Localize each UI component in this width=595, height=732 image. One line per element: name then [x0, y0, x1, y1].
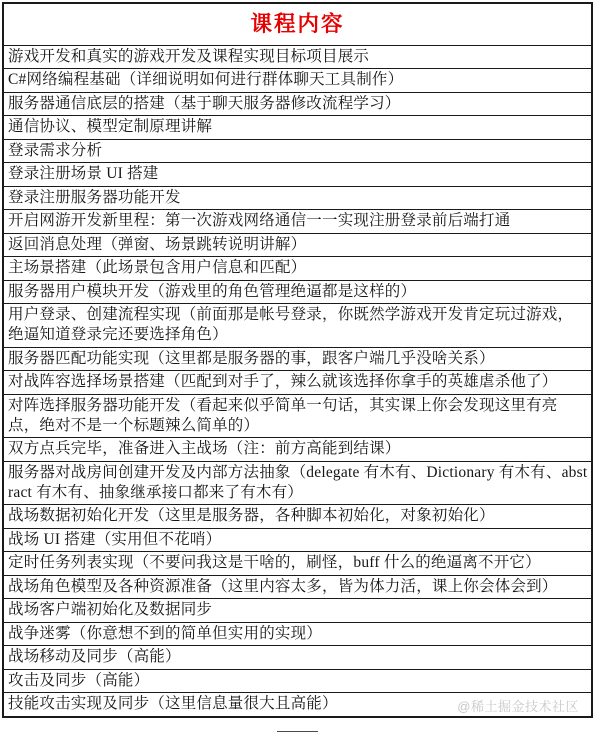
- table-row: 登录注册场景 UI 搭建: [3, 163, 592, 187]
- course-item-text: 攻击及同步（高能）: [3, 669, 592, 693]
- table-row: 通信协议、模型定制原理讲解: [3, 116, 592, 140]
- course-item-text: 定时任务列表实现（不要问我这是干啥的，刷怪，buff 什么的绝逼离不开它）: [3, 552, 592, 576]
- table-row: 开启网游开发新里程：第一次游戏网络通信一一实现注册登录前后端打通: [3, 210, 592, 234]
- course-item-text: 登录注册服务器功能开发: [3, 186, 592, 210]
- course-item-text: 服务器对战房间创建开发及内部方法抽象（delegate 有木有、Dictiona…: [3, 461, 592, 505]
- course-item-text: 战场数据初始化开发（这里是服务器，各种脚本初始化，对象初始化）: [3, 505, 592, 529]
- table-row: 对阵选择服务器功能开发（看起来似乎简单一句话，其实课上你会发现这里有亮点，绝对不…: [3, 394, 592, 438]
- table-row: 双方点兵完毕，准备进入主战场（注：前方高能到结课）: [3, 438, 592, 462]
- table-row: 战场 UI 搭建（实用但不花哨）: [3, 528, 592, 552]
- course-rows: 游戏开发和真实的游戏开发及课程实现目标项目展示 C#网络编程基础（详细说明如何进…: [3, 45, 592, 717]
- course-item-text: 用户登录、创建流程实现（前面那是帐号登录，你既然学游戏开发肯定玩过游戏，绝逼知道…: [3, 304, 592, 348]
- table-row: 战场客户端初始化及数据同步: [3, 599, 592, 623]
- table-row: 服务器通信底层的搭建（基于聊天服务器修改流程学习）: [3, 92, 592, 116]
- course-item-text: 对战阵容选择场景搭建（匹配到对手了，辣么就该选择你拿手的英雄虐杀他了）: [3, 371, 592, 395]
- page: 课程内容 游戏开发和真实的游戏开发及课程实现目标项目展示 C#网络编程基础（详细…: [0, 2, 595, 732]
- course-item-text: 登录注册场景 UI 搭建: [3, 163, 592, 187]
- course-item-text: 开启网游开发新里程：第一次游戏网络通信一一实现注册登录前后端打通: [3, 210, 592, 234]
- course-item-text: 服务器通信底层的搭建（基于聊天服务器修改流程学习）: [3, 92, 592, 116]
- course-item-text: 技能攻击实现及同步（这里信息量很大且高能）: [3, 693, 592, 717]
- table-row: 服务器匹配功能实现（这里都是服务器的事，跟客户端几乎没啥关系）: [3, 347, 592, 371]
- course-item-text: 战场客户端初始化及数据同步: [3, 599, 592, 623]
- table-row: 技能攻击实现及同步（这里信息量很大且高能）: [3, 693, 592, 717]
- course-item-text: 登录需求分析: [3, 139, 592, 163]
- table-row: 返回消息处理（弹窗、场景跳转说明讲解）: [3, 233, 592, 257]
- course-content-table: 课程内容 游戏开发和真实的游戏开发及课程实现目标项目展示 C#网络编程基础（详细…: [2, 2, 593, 718]
- table-row: 战争迷雾（你意想不到的简单但实用的实现）: [3, 622, 592, 646]
- course-item-text: 返回消息处理（弹窗、场景跳转说明讲解）: [3, 233, 592, 257]
- course-item-text: 双方点兵完毕，准备进入主战场（注：前方高能到结课）: [3, 438, 592, 462]
- course-item-text: 战场角色模型及各种资源准备（这里内容太多，皆为体力活，课上你会体会到）: [3, 575, 592, 599]
- table-row: 登录注册服务器功能开发: [3, 186, 592, 210]
- course-item-text: 对阵选择服务器功能开发（看起来似乎简单一句话，其实课上你会发现这里有亮点，绝对不…: [3, 394, 592, 438]
- table-row: 用户登录、创建流程实现（前面那是帐号登录，你既然学游戏开发肯定玩过游戏，绝逼知道…: [3, 304, 592, 348]
- course-item-text: 主场景搭建（此场景包含用户信息和匹配）: [3, 257, 592, 281]
- table-row: 攻击及同步（高能）: [3, 669, 592, 693]
- table-row: 主场景搭建（此场景包含用户信息和匹配）: [3, 257, 592, 281]
- table-title: 课程内容: [3, 3, 592, 45]
- table-row: 游戏开发和真实的游戏开发及课程实现目标项目展示: [3, 45, 592, 69]
- course-item-text: 战争迷雾（你意想不到的简单但实用的实现）: [3, 622, 592, 646]
- table-row: 战场角色模型及各种资源准备（这里内容太多，皆为体力活，课上你会体会到）: [3, 575, 592, 599]
- table-row: 服务器用户模块开发（游戏里的角色管理绝逼都是这样的）: [3, 280, 592, 304]
- course-item-text: 战场移动及同步（高能）: [3, 646, 592, 670]
- table-row: 服务器对战房间创建开发及内部方法抽象（delegate 有木有、Dictiona…: [3, 461, 592, 505]
- course-item-text: 通信协议、模型定制原理讲解: [3, 116, 592, 140]
- course-item-text: 战场 UI 搭建（实用但不花哨）: [3, 528, 592, 552]
- course-item-text: 游戏开发和真实的游戏开发及课程实现目标项目展示: [3, 45, 592, 69]
- table-row: 定时任务列表实现（不要问我这是干啥的，刷怪，buff 什么的绝逼离不开它）: [3, 552, 592, 576]
- table-row: 登录需求分析: [3, 139, 592, 163]
- table-row: C#网络编程基础（详细说明如何进行群体聊天工具制作）: [3, 69, 592, 93]
- course-item-text: 服务器用户模块开发（游戏里的角色管理绝逼都是这样的）: [3, 280, 592, 304]
- course-item-text: C#网络编程基础（详细说明如何进行群体聊天工具制作）: [3, 69, 592, 93]
- table-row: 对战阵容选择场景搭建（匹配到对手了，辣么就该选择你拿手的英雄虐杀他了）: [3, 371, 592, 395]
- table-row: 战场数据初始化开发（这里是服务器，各种脚本初始化，对象初始化）: [3, 505, 592, 529]
- table-row: 战场移动及同步（高能）: [3, 646, 592, 670]
- table-header-row: 课程内容: [3, 3, 592, 45]
- course-item-text: 服务器匹配功能实现（这里都是服务器的事，跟客户端几乎没啥关系）: [3, 347, 592, 371]
